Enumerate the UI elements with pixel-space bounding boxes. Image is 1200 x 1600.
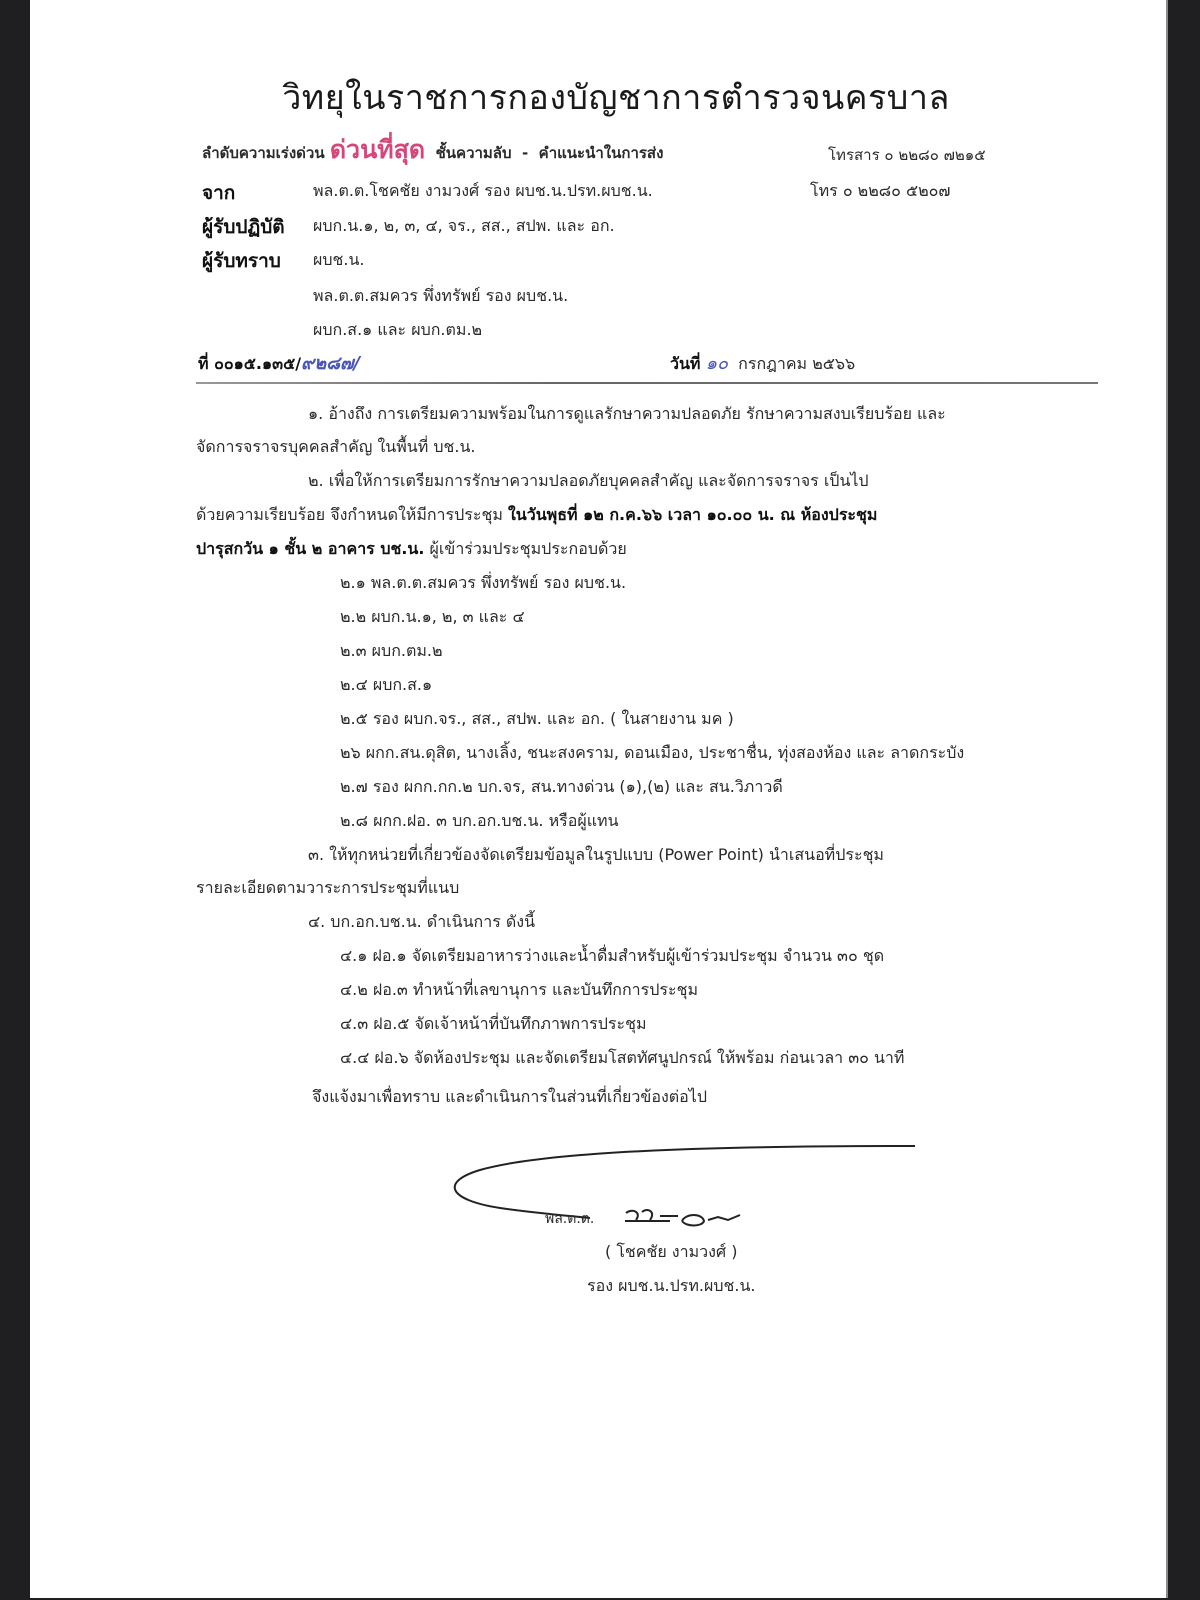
signature-rank: พล.ต.ต. [545, 1209, 594, 1229]
signatory-name: ( โชคชัย งามวงศ์ ) [605, 1242, 737, 1262]
signature-scribble-icon [30, 0, 1168, 1300]
signatory-position: รอง ผบช.น.ปรท.ผบช.น. [587, 1276, 755, 1296]
document-page: วิทยุในราชการกองบัญชาการตำรวจนครบาล ลำดั… [30, 0, 1168, 1598]
